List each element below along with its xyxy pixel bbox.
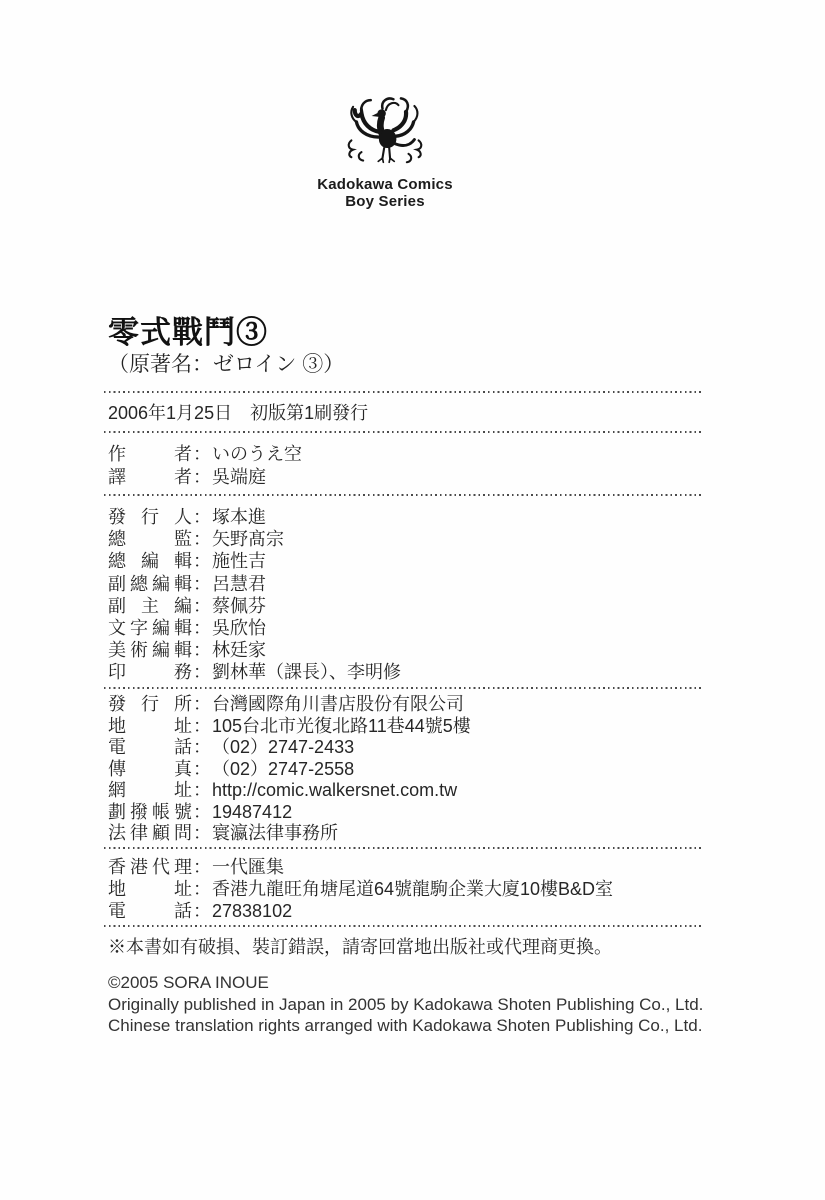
row-value: （02）2747-2558: [212, 759, 354, 779]
dotted-divider: [104, 431, 701, 433]
row-label: 法律顧問: [108, 823, 192, 845]
row-value: 吳欣怡: [212, 618, 266, 638]
copyright-line3: Chinese translation rights arranged with…: [108, 1015, 703, 1037]
staff-row: 印務：劉林華（課長）、李明修: [108, 661, 401, 683]
row-value: 塚本進: [212, 507, 266, 527]
row-label: 電話: [108, 737, 192, 759]
row-value: 呂慧君: [212, 574, 266, 594]
edition-date: 2006年1月25日 初版第1刷發行: [108, 403, 368, 423]
row-value: 一代匯集: [212, 857, 284, 877]
row-value: 105台北市光復北路11巷44號5樓: [212, 716, 471, 736]
row-value: （02）2747-2433: [212, 737, 354, 757]
row-value: 吳端庭: [212, 467, 266, 487]
row-colon: ：: [192, 737, 212, 759]
row-colon: ：: [192, 802, 212, 824]
row-colon: ：: [192, 878, 212, 900]
hk-row: 地址：香港九龍旺角塘尾道64號龍駒企業大廈10樓B&D室: [108, 878, 613, 900]
colophon-page: Kadokawa Comics Boy Series 零式戰鬥③ （原著名：ゼロ…: [0, 0, 825, 1200]
row-value: 矢野髙宗: [212, 529, 284, 549]
row-label: 劃撥帳號: [108, 802, 192, 824]
series-name-line1: Kadokawa Comics: [300, 176, 470, 193]
row-label: 地址: [108, 878, 192, 900]
row-label: 副主編: [108, 595, 192, 617]
authors-section: 作者：いのうえ空 譯者：吳端庭: [108, 443, 302, 489]
copyright-section: ©2005 SORA INOUE Originally published in…: [108, 972, 703, 1037]
copyright-line1: ©2005 SORA INOUE: [108, 972, 703, 994]
row-colon: ：: [192, 823, 212, 845]
row-label: 文字編輯: [108, 617, 192, 639]
replacement-notice: ※本書如有破損、裝訂錯誤，請寄回當地出版社或代理商更換。: [108, 937, 612, 958]
row-colon: ：: [192, 759, 212, 781]
phoenix-icon: [342, 90, 428, 174]
row-colon: ：: [192, 716, 212, 738]
row-value: 蔡佩芬: [212, 596, 266, 616]
row-label: 香港代理: [108, 856, 192, 878]
staff-row: 副主編：蔡佩芬: [108, 595, 401, 617]
staff-row: 總監：矢野髙宗: [108, 528, 401, 550]
hk-row: 香港代理：一代匯集: [108, 856, 613, 878]
staff-row: 文字編輯：吳欣怡: [108, 617, 401, 639]
row-colon: ：: [192, 443, 212, 466]
publisher-row: 網址：http://comic.walkersnet.com.tw: [108, 780, 471, 802]
hk-row: 電話：27838102: [108, 900, 613, 922]
title-block: 零式戰鬥③ （原著名：ゼロイン ③）: [108, 314, 344, 377]
row-colon: ：: [192, 528, 212, 550]
staff-row: 發行人：塚本進: [108, 506, 401, 528]
book-title: 零式戰鬥③: [108, 314, 344, 352]
row-label: 傳真: [108, 759, 192, 781]
translator-row: 譯者：吳端庭: [108, 466, 302, 489]
row-label: 地址: [108, 716, 192, 738]
row-colon: ：: [192, 466, 212, 489]
row-colon: ：: [192, 856, 212, 878]
publisher-row: 電話：（02）2747-2433: [108, 737, 471, 759]
series-name-line2: Boy Series: [300, 193, 470, 210]
author-row: 作者：いのうえ空: [108, 443, 302, 466]
row-colon: ：: [192, 617, 212, 639]
publisher-logo-block: Kadokawa Comics Boy Series: [300, 90, 470, 210]
row-value: 寰瀛法律事務所: [212, 823, 338, 843]
row-value: 27838102: [212, 901, 292, 921]
row-value: 劉林華（課長）、李明修: [212, 662, 401, 682]
original-title: （原著名：ゼロイン ③）: [108, 352, 344, 377]
row-colon: ：: [192, 694, 212, 716]
row-label: 網址: [108, 780, 192, 802]
row-colon: ：: [192, 661, 212, 683]
row-label: 美術編輯: [108, 639, 192, 661]
dotted-divider: [104, 391, 701, 393]
dotted-divider: [104, 687, 701, 689]
hong-kong-agent-section: 香港代理：一代匯集 地址：香港九龍旺角塘尾道64號龍駒企業大廈10樓B&D室 電…: [108, 856, 613, 922]
row-label: 發行所: [108, 694, 192, 716]
publisher-row: 傳真：（02）2747-2558: [108, 759, 471, 781]
publisher-row: 地址：105台北市光復北路11巷44號5樓: [108, 716, 471, 738]
row-colon: ：: [192, 550, 212, 572]
staff-row: 美術編輯：林廷家: [108, 639, 401, 661]
publisher-section: 發行所：台灣國際角川書店股份有限公司 地址：105台北市光復北路11巷44號5樓…: [108, 694, 471, 845]
dotted-divider: [104, 847, 701, 849]
row-colon: ：: [192, 595, 212, 617]
publisher-row: 法律顧問：寰瀛法律事務所: [108, 823, 471, 845]
publisher-row: 劃撥帳號：19487412: [108, 802, 471, 824]
row-value: 台灣國際角川書店股份有限公司: [212, 694, 464, 714]
row-label: 作者: [108, 443, 192, 466]
row-label: 電話: [108, 900, 192, 922]
staff-row: 副總編輯：呂慧君: [108, 573, 401, 595]
row-value: 19487412: [212, 802, 292, 822]
row-label: 印務: [108, 661, 192, 683]
staff-section: 發行人：塚本進 總監：矢野髙宗 總編輯：施性吉 副總編輯：呂慧君 副主編：蔡佩芬…: [108, 506, 401, 684]
row-label: 副總編輯: [108, 573, 192, 595]
dotted-divider: [104, 494, 701, 496]
row-label: 總監: [108, 528, 192, 550]
row-colon: ：: [192, 506, 212, 528]
publisher-row: 發行所：台灣國際角川書店股份有限公司: [108, 694, 471, 716]
row-value: 香港九龍旺角塘尾道64號龍駒企業大廈10樓B&D室: [212, 879, 613, 899]
row-colon: ：: [192, 639, 212, 661]
row-label: 總編輯: [108, 550, 192, 572]
staff-row: 總編輯：施性吉: [108, 550, 401, 572]
row-colon: ：: [192, 780, 212, 802]
row-label: 發行人: [108, 506, 192, 528]
row-value: 林廷家: [212, 640, 266, 660]
dotted-divider: [104, 925, 701, 927]
row-value: いのうえ空: [212, 444, 302, 464]
row-value: 施性吉: [212, 551, 266, 571]
copyright-line2: Originally published in Japan in 2005 by…: [108, 994, 703, 1016]
website-url: http://comic.walkersnet.com.tw: [212, 780, 457, 800]
row-colon: ：: [192, 900, 212, 922]
row-colon: ：: [192, 573, 212, 595]
row-label: 譯者: [108, 466, 192, 489]
